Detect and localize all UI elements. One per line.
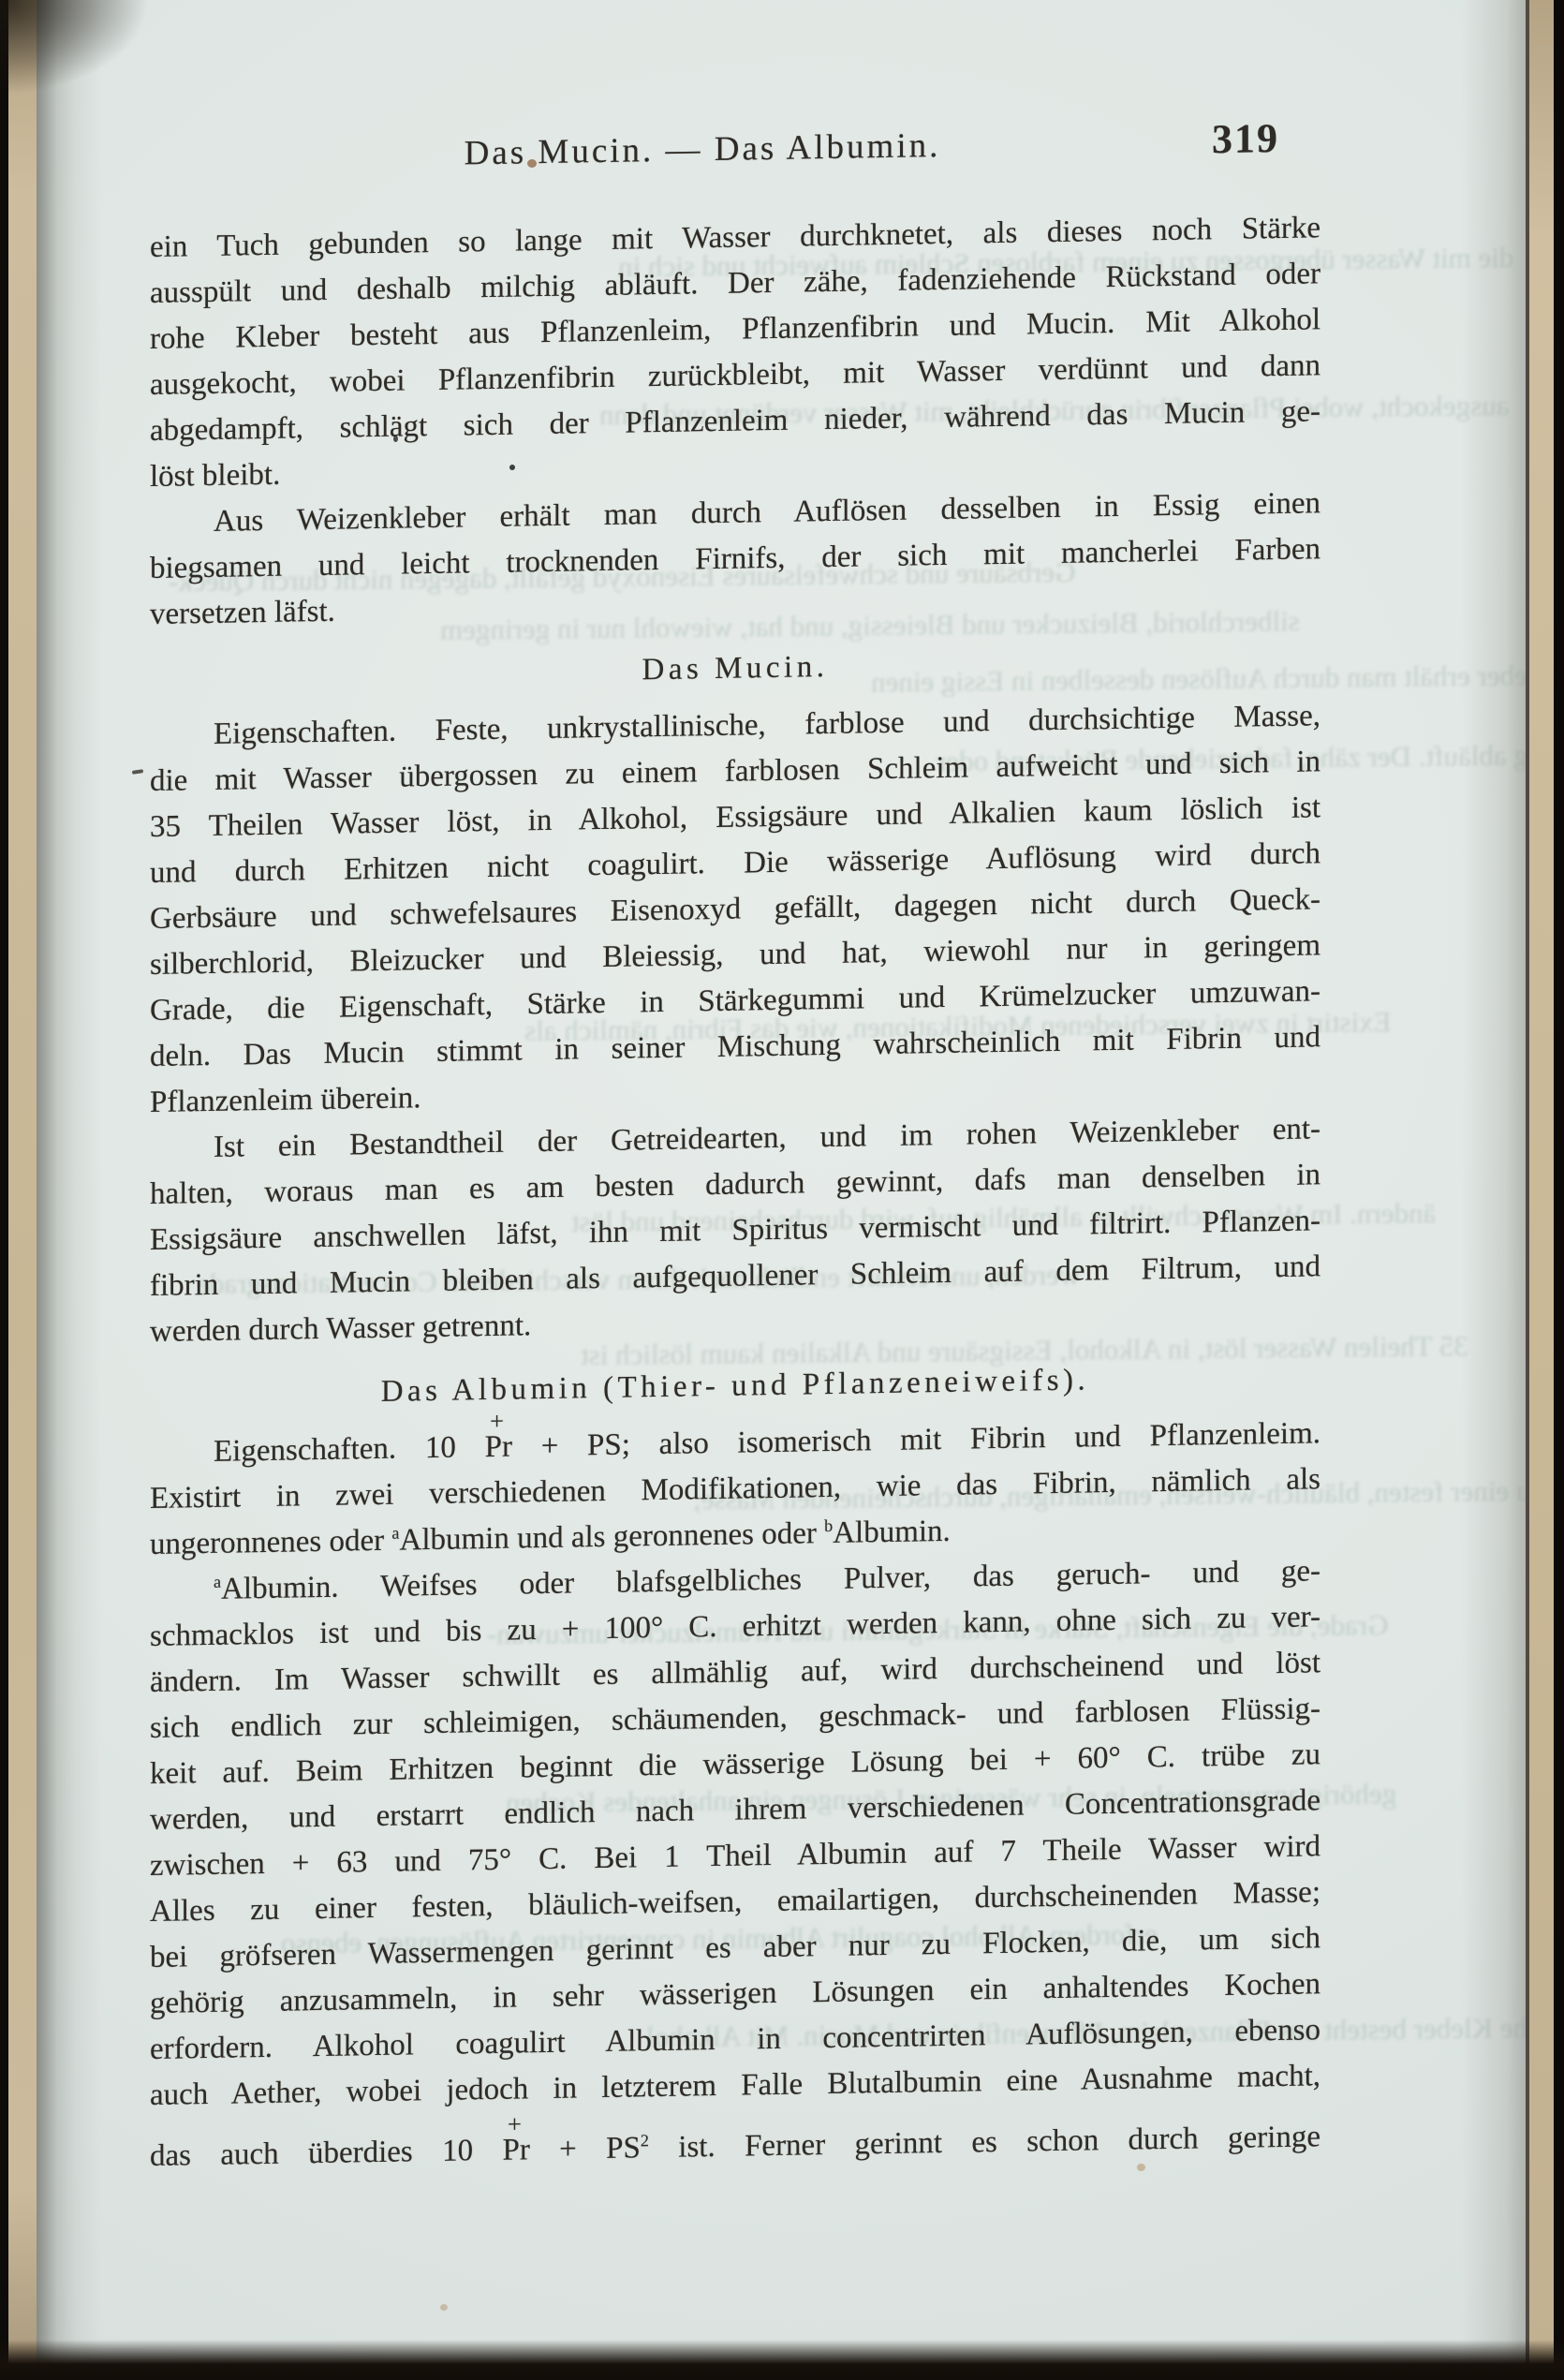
printed-content: Das Mucin. — Das Albumin. 319 ein Tuch g… — [150, 119, 1321, 2180]
section-heading: Das Mucin. — [150, 638, 1321, 699]
scanned-book-page: die mit Wasser übergossen zu einem farbl… — [0, 0, 1564, 2380]
section-heading: Das Albumin (Thier- und Pflanzeneiweifs)… — [150, 1355, 1321, 1416]
page-number: 319 — [1212, 114, 1279, 163]
paragraph: Aus Weizenkleber erhält man durch Auflös… — [150, 480, 1321, 638]
foxing-spot — [440, 2304, 448, 2311]
page-stack-edge-left — [8, 0, 37, 2380]
paragraph: Eigenschaften. Feste, unkrystallinische,… — [150, 693, 1321, 1126]
book-edge-bottom — [0, 2340, 1564, 2380]
text-block: ein Tuch gebunden so lange mit Wasser du… — [150, 205, 1321, 2180]
book-edge-left — [0, 0, 8, 2380]
paragraph: Ist ein Bestandtheil der Getreidearten, … — [150, 1106, 1321, 1355]
book-edge-right — [1554, 0, 1564, 2380]
formula-pr-oxidized: +Pr — [485, 1425, 512, 1471]
page-stack-edge-right — [1529, 0, 1554, 2380]
gutter-shadow — [37, 0, 102, 2380]
paragraph: ein Tuch gebunden so lange mit Wasser du… — [150, 205, 1321, 500]
corner-shadow — [0, 0, 206, 131]
foxing-spot — [1137, 2164, 1145, 2171]
page-curl-shade — [1461, 0, 1527, 2380]
formula-pr-oxidized: +Pr — [502, 2127, 529, 2173]
paragraph: Eigenschaften. 10 +Pr + PS; also isomeri… — [150, 1411, 1321, 1568]
paragraph: aAlbumin. Weifses oder blafsgelbliches P… — [150, 1548, 1321, 2180]
